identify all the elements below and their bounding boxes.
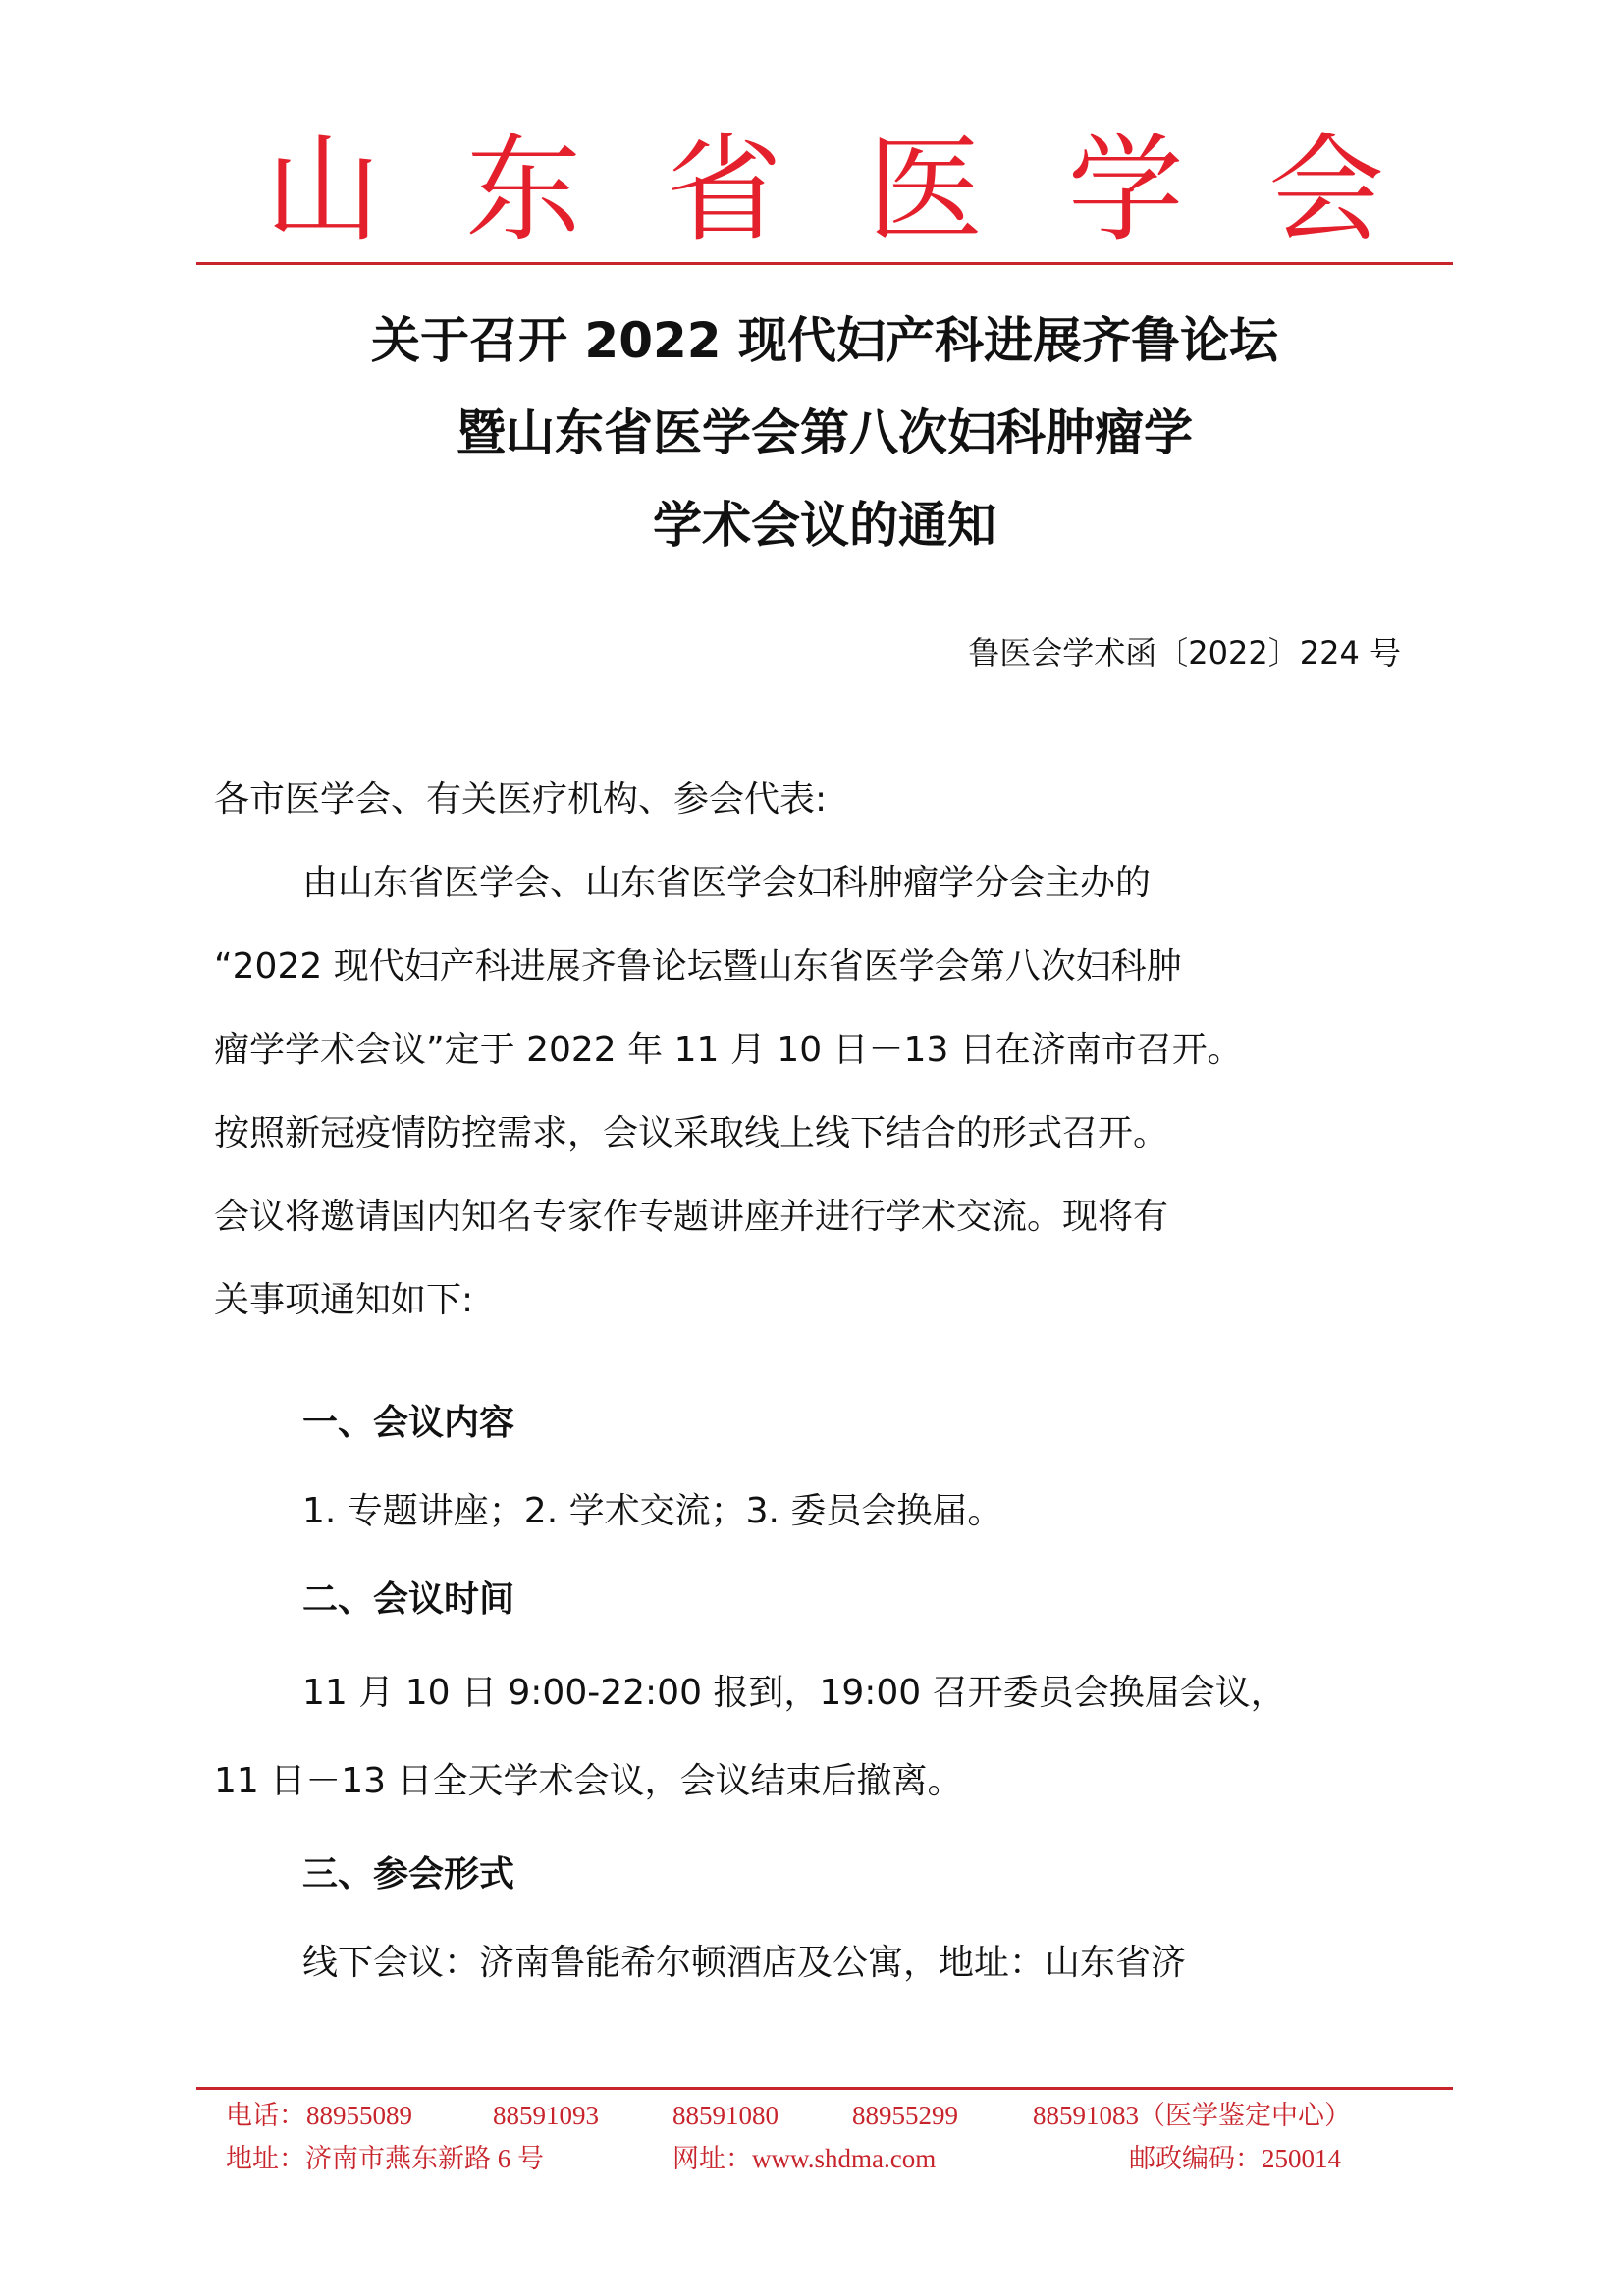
website-link[interactable]: 网址：www.shdma.com bbox=[672, 2139, 936, 2178]
org-char: 会 bbox=[1268, 116, 1384, 263]
title-line: 学术会议的通知 bbox=[196, 479, 1453, 571]
document-number: 鲁医会学术函〔2022〕224 号 bbox=[968, 628, 1401, 677]
phone-number: 88955299 bbox=[852, 2096, 958, 2135]
letterhead-org-name: 山 东 省 医 学 会 bbox=[196, 116, 1453, 263]
document-title: 关于召开 2022 现代妇产科进展齐鲁论坛 暨山东省医学会第八次妇科肿瘤学 学术… bbox=[196, 294, 1453, 571]
phone-number: 88591093 bbox=[493, 2096, 599, 2135]
org-char: 山 bbox=[265, 116, 381, 263]
salutation: 各市医学会、有关医疗机构、参会代表: bbox=[214, 771, 827, 829]
paragraph-line: 由山东省医学会、山东省医学会妇科肿瘤学分会主办的 bbox=[302, 854, 1151, 913]
title-line: 关于召开 2022 现代妇产科进展齐鲁论坛 bbox=[196, 294, 1453, 387]
letterhead-divider bbox=[196, 262, 1453, 265]
phone-number: 88955089 bbox=[306, 2096, 412, 2135]
phone-number: 88591083（医学鉴定中心） bbox=[1033, 2096, 1351, 2135]
section-line: 11 日－13 日全天学术会议，会议结束后撤离。 bbox=[214, 1752, 963, 1811]
section-line: 1. 专题讲座；2. 学术交流；3. 委员会换届。 bbox=[302, 1482, 1002, 1541]
section-line: 11 月 10 日 9:00-22:00 报到，19:00 召开委员会换届会议， bbox=[302, 1664, 1286, 1723]
org-char: 东 bbox=[465, 116, 581, 263]
paragraph-line: “2022 现代妇产科进展齐鲁论坛暨山东省医学会第八次妇科肿 bbox=[214, 937, 1182, 996]
phone-label: 电话： bbox=[226, 2096, 305, 2135]
footer-divider bbox=[196, 2087, 1453, 2090]
section-heading: 一、会议内容 bbox=[302, 1394, 514, 1453]
title-line: 暨山东省医学会第八次妇科肿瘤学 bbox=[196, 387, 1453, 479]
paragraph-line: 按照新冠疫情防控需求，会议采取线上线下结合的形式召开。 bbox=[214, 1104, 1168, 1163]
address: 地址：济南市燕东新路 6 号 bbox=[226, 2139, 544, 2178]
paragraph-line: 关事项通知如下: bbox=[214, 1271, 473, 1330]
paragraph-line: 瘤学学术会议”定于 2022 年 11 月 10 日－13 日在济南市召开。 bbox=[214, 1021, 1243, 1080]
phone-number: 88591080 bbox=[672, 2096, 779, 2135]
section-heading: 二、会议时间 bbox=[302, 1571, 514, 1629]
postcode: 邮政编码：250014 bbox=[1129, 2139, 1341, 2178]
org-char: 学 bbox=[1068, 116, 1184, 263]
org-char: 医 bbox=[867, 116, 983, 263]
paragraph-line: 会议将邀请国内知名专家作专题讲座并进行学术交流。现将有 bbox=[214, 1188, 1168, 1247]
section-line: 线下会议：济南鲁能希尔顿酒店及公寓，地址：山东省济 bbox=[302, 1934, 1186, 1993]
section-heading: 三、参会形式 bbox=[302, 1845, 514, 1904]
org-char: 省 bbox=[667, 116, 782, 263]
